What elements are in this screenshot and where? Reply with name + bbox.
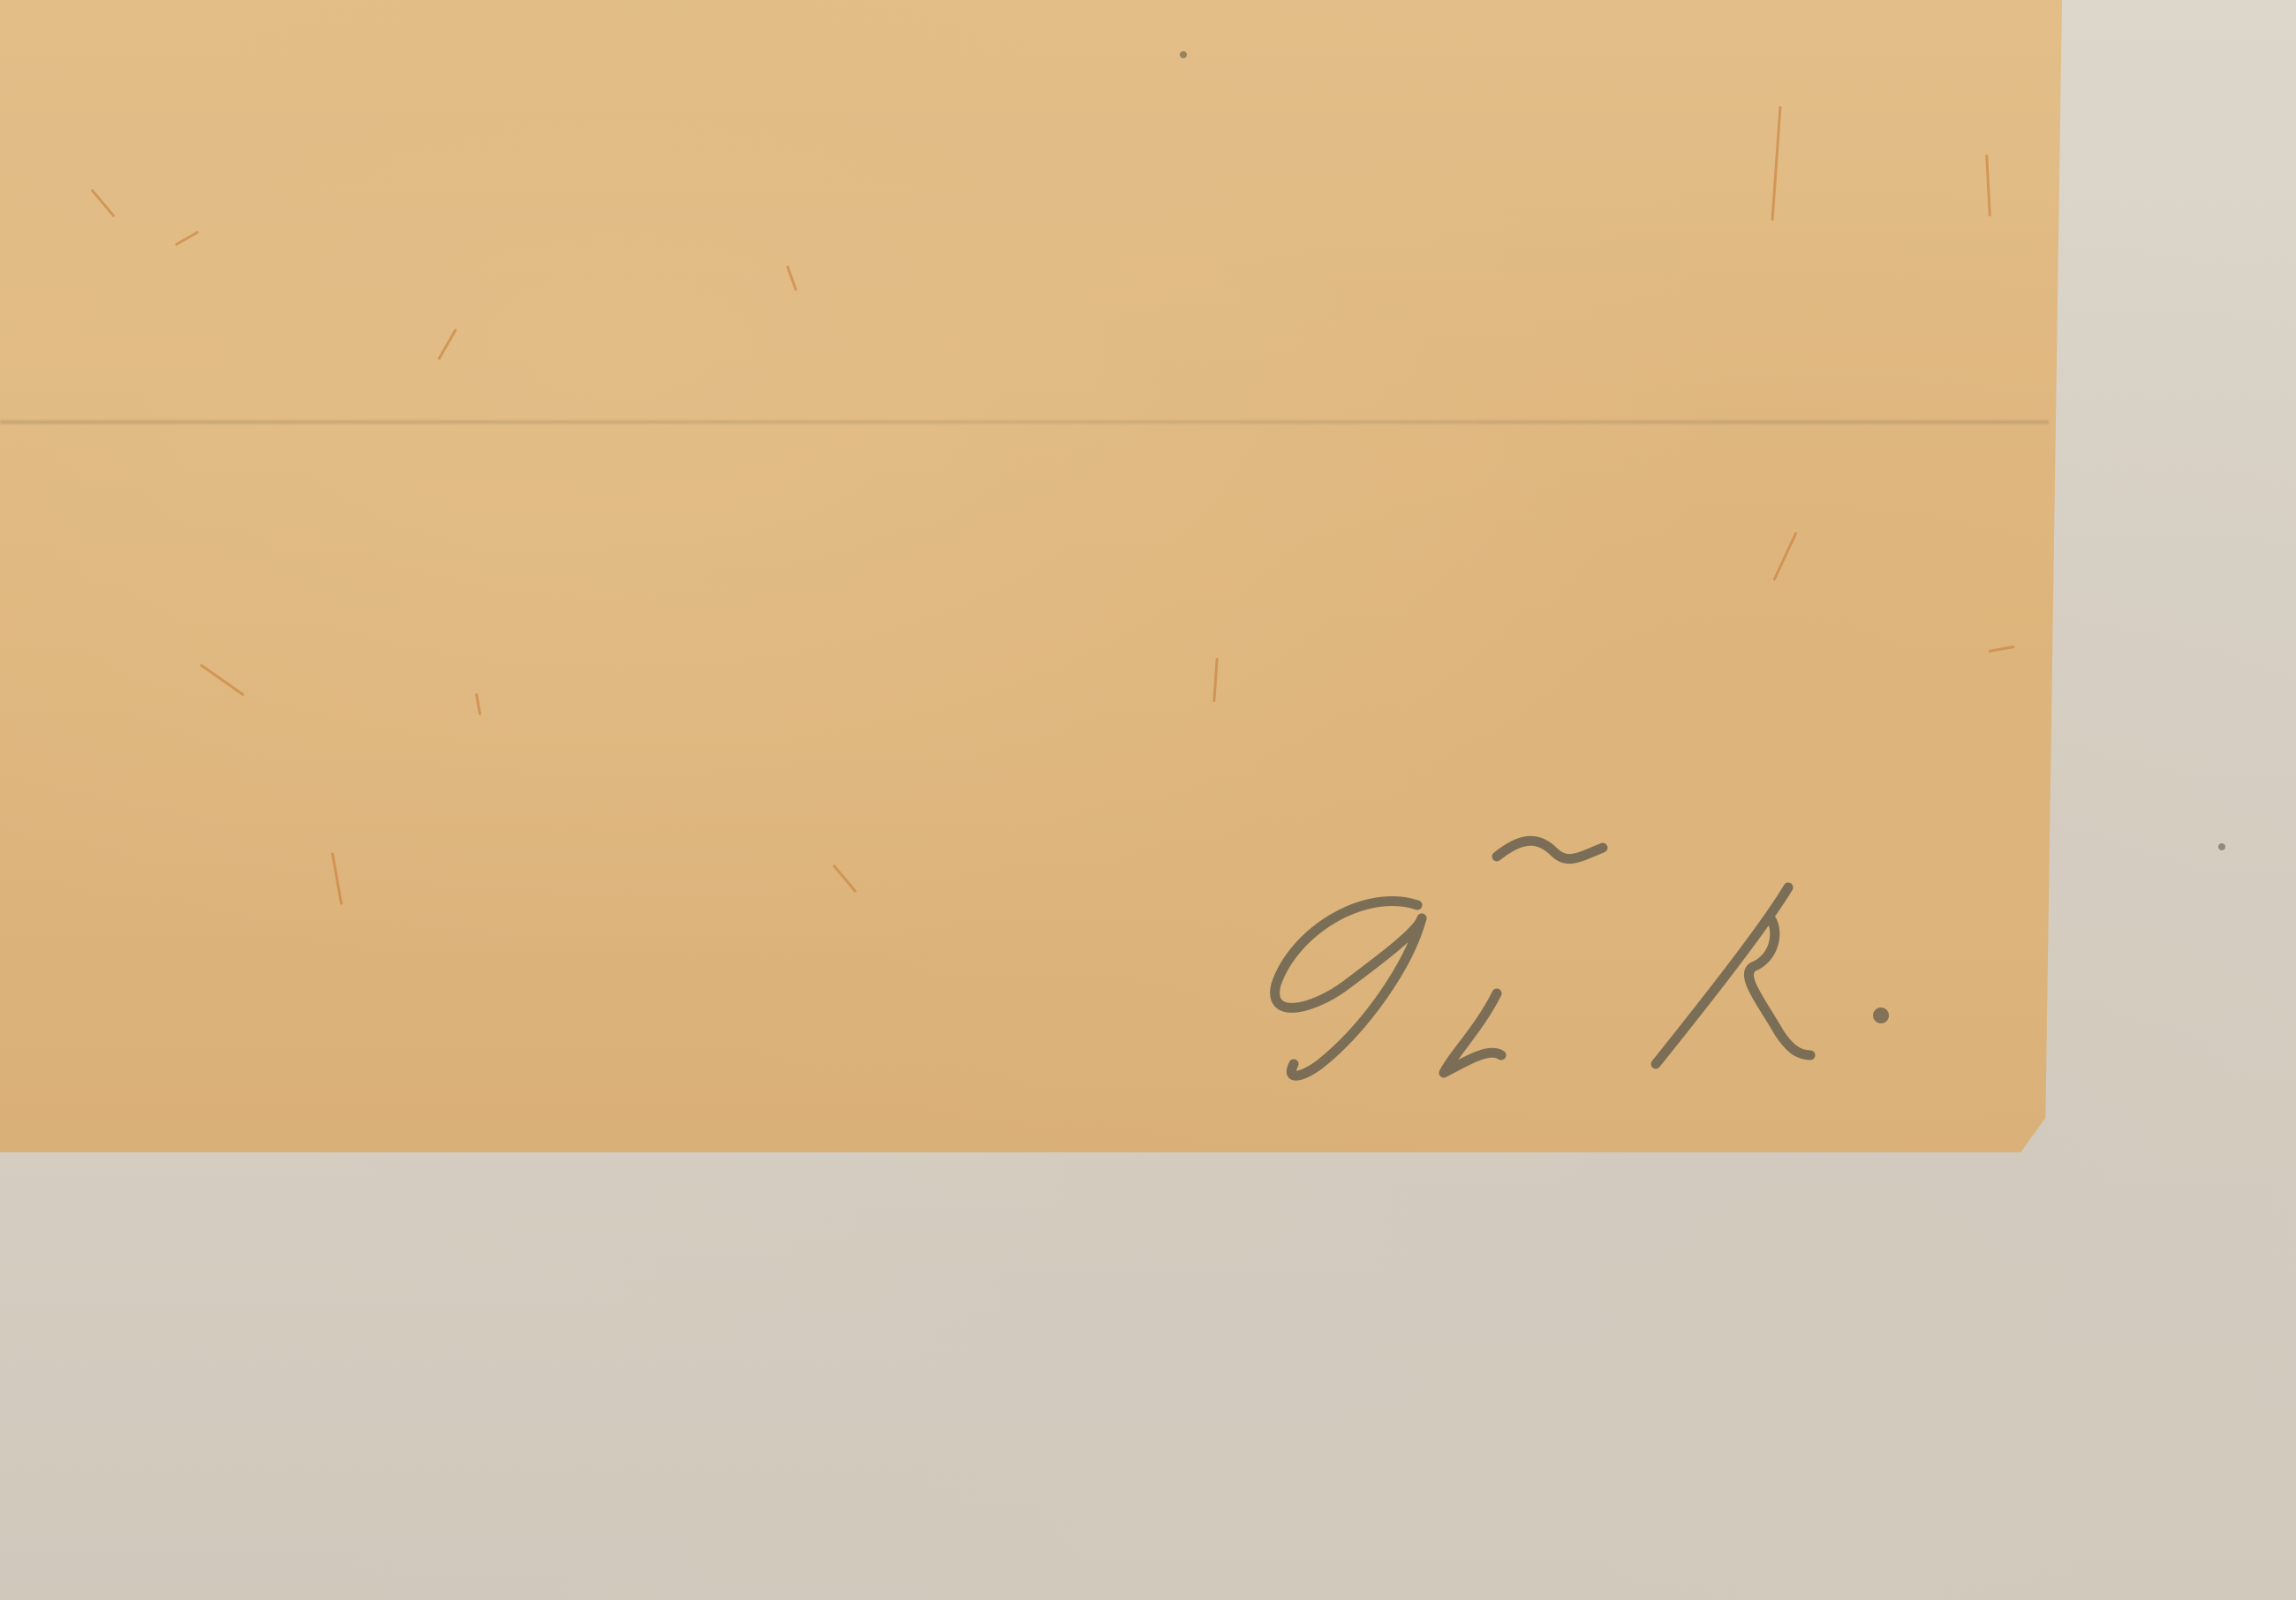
- paper-fiber: [90, 189, 115, 218]
- paper-fiber: [1772, 532, 1797, 581]
- paper-fiber: [475, 693, 481, 715]
- pencil-signature: Gť K.: [1232, 834, 1938, 1099]
- paper-fiber: [832, 864, 857, 894]
- aged-paper-sheet: Gť K.: [0, 0, 2062, 1152]
- pencil-rule-line: [0, 420, 2049, 424]
- paper-fiber: [1988, 645, 2014, 653]
- paper-fiber: [1771, 106, 1781, 221]
- paper-fiber: [786, 265, 797, 291]
- paper-fiber: [437, 328, 457, 360]
- paper-fiber: [1985, 155, 1991, 216]
- dust-speck: [1180, 51, 1187, 58]
- signature-strokes-icon: [1232, 834, 1938, 1099]
- paper-fiber: [331, 852, 343, 905]
- paper-fiber: [200, 664, 245, 697]
- dust-speck: [2218, 843, 2225, 850]
- paper-fiber: [1212, 658, 1218, 702]
- paper-fiber: [175, 230, 199, 246]
